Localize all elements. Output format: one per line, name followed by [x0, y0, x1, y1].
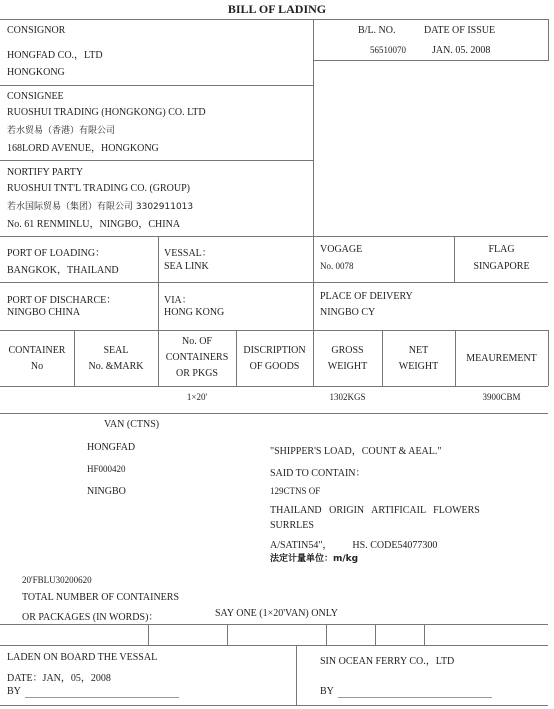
divider: [0, 386, 548, 387]
header-measurement: MEAUREMENT: [455, 351, 548, 367]
document-title: BILL OF LADING: [0, 2, 554, 17]
bl-no-value: 56510070: [370, 45, 406, 55]
notify-name-cn: 若水国际贸易（集团）有限公司 3302911013: [7, 199, 193, 212]
divider: [227, 624, 228, 645]
divider: [0, 236, 548, 237]
header-description: DISCRIPTIONOF GOODS: [236, 343, 313, 375]
divider: [0, 624, 548, 625]
consignor-address: HONGKONG: [7, 67, 65, 78]
marks-line: HF000420: [87, 464, 126, 474]
header-no-containers: No. OFCONTAINERSOR PKGS: [158, 334, 236, 382]
notify-address: No. 61 RENMINLU，NINGBO，CHINA: [7, 215, 180, 230]
divider: [454, 236, 455, 282]
carrier-by-label: BY: [320, 686, 334, 697]
consignee-label: CONSIGNEE: [7, 91, 64, 102]
cell-gross-weight: 1302KGS: [313, 392, 382, 402]
divider: [313, 19, 314, 330]
consignor-label: CONSIGNOR: [7, 25, 65, 36]
port-of-loading-value: BANGKOK，THAILAND: [7, 261, 119, 276]
divider: [148, 624, 149, 645]
laden-date: DATE：JAN，05，2008: [7, 669, 111, 684]
goods-hs-code: A/SATIN54"， HS. CODE54077300: [270, 536, 437, 551]
divider: [424, 624, 425, 645]
vessel-label: VESSAL：: [164, 244, 212, 259]
voyage-value: No. 0078: [320, 261, 354, 271]
date-of-issue-label: DATE OF ISSUE: [424, 25, 495, 36]
via-value: HONG KONG: [164, 307, 224, 318]
header-seal-mark: SEALNo. &MARK: [74, 343, 158, 375]
consignee-name: RUOSHUI TRADING (HONGKONG) CO. LTD: [7, 107, 206, 118]
bl-no-label: B/L. NO.: [358, 25, 396, 36]
goods-desc: THAILAND ORIGIN ARTIFICAIL FLOWERS: [270, 505, 480, 516]
header-net-weight: NETWEIGHT: [382, 343, 455, 375]
total-label: OR PACKAGES (IN WORDS)：: [22, 608, 158, 623]
carrier-name: SIN OCEAN FERRY CO.，LTD: [320, 652, 454, 667]
carrier-signature-line[interactable]: [338, 697, 492, 698]
divider: [0, 330, 548, 331]
vessel-value: SEA LINK: [164, 261, 209, 272]
divider: [0, 160, 313, 161]
divider: [0, 282, 548, 283]
cell-measurement: 3900CBM: [455, 392, 548, 402]
divider: [375, 624, 376, 645]
via-label: VIA：: [164, 291, 192, 306]
marks-line: NINGBO: [87, 486, 126, 497]
port-of-discharge-label: PORT OF DISCHARCE：: [7, 291, 116, 306]
header-gross-weight: GROSSWEIGHT: [313, 343, 382, 375]
marks-line: HONGFAD: [87, 442, 135, 453]
date-of-issue-value: JAN. 05. 2008: [432, 45, 490, 56]
port-of-discharge-value: NINGBO CHINA: [7, 307, 80, 318]
goods-unit: 法定计量单位：m/kg: [270, 551, 358, 564]
notify-name: RUOSHUI TNT'L TRADING CO. (GROUP): [7, 183, 190, 194]
cell-containers: 1×20': [158, 392, 236, 402]
divider: [0, 705, 548, 706]
flag-label: FLAG: [455, 244, 548, 255]
divider: [0, 85, 313, 86]
divider: [313, 60, 548, 61]
place-of-delivery-label: PLACE OF DEIVERY: [320, 291, 413, 302]
laden-label: LADEN ON BOARD THE VESSAL: [7, 652, 157, 663]
goods-said: SAID TO CONTAIN：: [270, 464, 366, 479]
divider: [548, 19, 549, 61]
divider: [0, 413, 548, 414]
notify-label: NORTIFY PARTY: [7, 167, 83, 178]
divider: [296, 645, 297, 705]
consignee-name-cn: 若水贸易（香港）有限公司: [7, 123, 115, 136]
signature-line[interactable]: [25, 697, 179, 698]
container-number: 20'FBLU30200620: [22, 575, 92, 585]
by-label: BY: [7, 686, 21, 697]
place-of-delivery-value: NINGBO CY: [320, 307, 375, 318]
goods-clause: "SHIPPER'S LOAD，COUNT & AEAL.": [270, 442, 441, 457]
divider: [0, 645, 548, 646]
header-container-no: CONTAINERNo: [0, 343, 74, 375]
goods-desc: SURRLES: [270, 520, 314, 531]
divider: [548, 330, 549, 386]
total-value: SAY ONE (1×20'VAN) ONLY: [215, 608, 338, 619]
divider: [326, 624, 327, 645]
marks-title: VAN (CTNS): [104, 419, 159, 430]
consignor-name: HONGFAD CO.，LTD: [7, 46, 103, 61]
flag-value: SINGAPORE: [455, 261, 548, 272]
goods-qty: 129CTNS OF: [270, 486, 320, 496]
port-of-loading-label: PORT OF LOADING：: [7, 244, 105, 259]
voyage-label: VOGAGE: [320, 244, 362, 255]
total-label: TOTAL NUMBER OF CONTAINERS: [22, 592, 179, 603]
consignee-address: 168LORD AVENUE，HONGKONG: [7, 139, 159, 154]
divider: [0, 19, 548, 20]
